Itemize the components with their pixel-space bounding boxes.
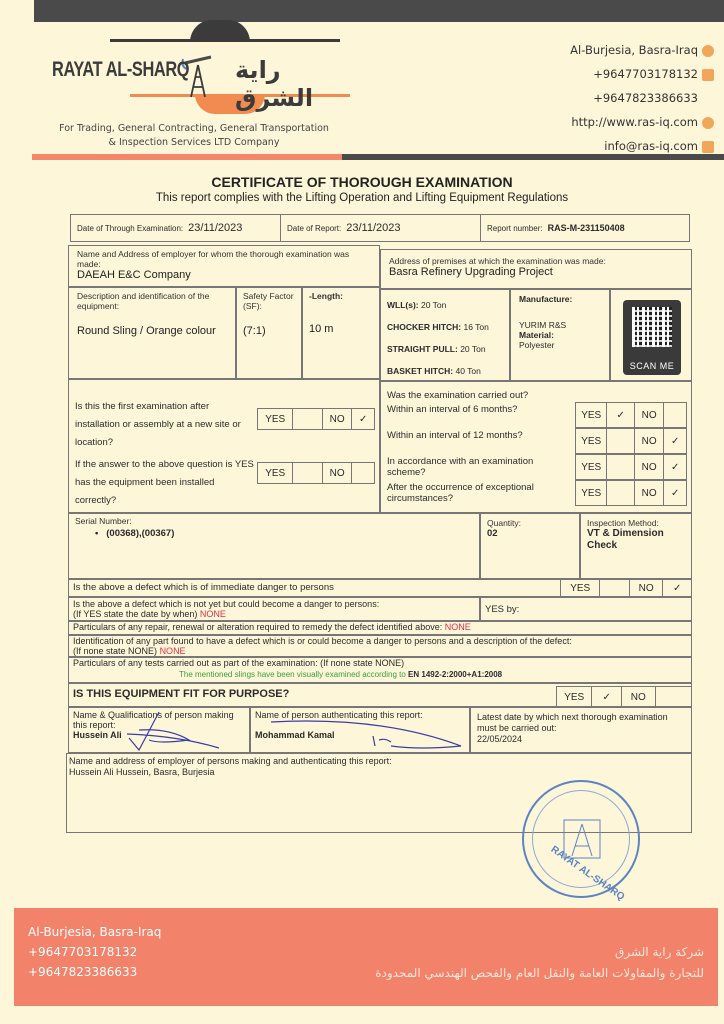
premises-value: Basra Refinery Upgrading Project	[389, 266, 683, 278]
authenticator-cell: Name of person authenticating this repor…	[250, 707, 470, 753]
immediate-no-checkbox[interactable]: ✓	[663, 580, 691, 596]
interval-no-checkbox[interactable]: ✓	[664, 481, 686, 505]
location-pin-icon	[702, 45, 714, 57]
first-exam-no-checkbox[interactable]: ✓	[352, 409, 374, 429]
qr-code-icon	[632, 307, 672, 347]
installed-no-checkbox[interactable]	[352, 463, 374, 483]
fit-yes-checkbox[interactable]: ✓	[592, 687, 622, 707]
signature-authenticator	[261, 716, 471, 752]
tagline-line-1: For Trading, General Contracting, Genera…	[34, 122, 354, 136]
interval-yes-no: YESNO✓	[575, 454, 687, 480]
exam-date-value: 23/11/2023	[188, 222, 242, 234]
interval-heading: Was the examination carried out?	[387, 390, 528, 401]
certificate-title: CERTIFICATE OF THOROUGH EXAMINATION	[0, 174, 724, 190]
gear-top-decoration	[110, 28, 340, 42]
mail-icon	[702, 141, 714, 153]
contact-phone-2: +9647823386633	[570, 88, 714, 112]
interval-yes-no: YESNO✓	[575, 480, 687, 506]
question-first-exam: Is this the first examination after inst…	[75, 398, 255, 452]
report-number-value: RAS-M-231150408	[548, 223, 625, 233]
interval-yes-no: YESNO✓	[575, 428, 687, 454]
company-name-ar: راية الشرق	[235, 56, 350, 112]
inspection-method-value: VT & Dimension Check	[587, 528, 685, 552]
employer-cell: Name and Address of employer for whom th…	[68, 245, 380, 287]
interval-question: After the occurrence of exceptional circ…	[387, 482, 567, 504]
employer-of-persons-value: Hussein Ali Hussein, Basra, Burjesia	[69, 767, 689, 778]
tests-standard: EN 1492-2:2000+A1:2008	[408, 670, 502, 679]
interval-yes-checkbox[interactable]	[607, 455, 635, 479]
header-divider	[32, 154, 724, 160]
quantity-cell: Quantity: 02	[480, 513, 580, 579]
interval-yes-checkbox[interactable]	[607, 481, 635, 505]
immediate-danger-yes-no: YES NO ✓	[560, 579, 692, 597]
installed-yes-no: YES NO	[257, 462, 375, 484]
footer-band: Al-Burjesia, Basra-Iraq +9647703178132 +…	[14, 908, 718, 1006]
interval-no-checkbox[interactable]: ✓	[664, 429, 686, 453]
signature-maker	[119, 710, 229, 754]
material-value: Polyester	[519, 340, 601, 350]
tests-row: Particulars of any tests carried out as …	[68, 657, 692, 683]
premises-cell: Address of premises at which the examina…	[380, 249, 692, 289]
yes-by-cell: YES by:	[480, 597, 692, 621]
qr-code[interactable]: SCAN ME	[623, 300, 681, 375]
manufacture-cell: Manufacture: YURIM R&S Material: Polyest…	[510, 289, 610, 381]
report-date-cell: Date of Report:23/11/2023	[281, 215, 481, 241]
tests-note: The mentioned slings have been visually …	[179, 670, 406, 679]
globe-icon	[702, 117, 714, 129]
first-exam-yes-checkbox[interactable]	[293, 409, 323, 429]
length-cell: -Length: 10 m	[302, 287, 380, 379]
inspection-method-cell: Inspection Method: VT & Dimension Check	[580, 513, 692, 579]
interval-yes-checkbox[interactable]: ✓	[607, 403, 635, 427]
future-danger-value: NONE	[200, 609, 226, 619]
interval-question: Within an interval of 6 months?	[387, 404, 567, 415]
fit-yes-no: YES ✓ NO	[556, 686, 692, 708]
repair-value: NONE	[445, 622, 471, 632]
installation-questions: Is this the first examination after inst…	[68, 379, 380, 513]
interval-question: Within an interval of 12 months?	[387, 430, 567, 441]
equipment-description-cell: Description and identification of the eq…	[68, 287, 236, 379]
interval-question: In accordance with an examination scheme…	[387, 456, 567, 478]
wll-cell: WLL(s): 20 Ton CHOCKER HITCH: 16 Ton STR…	[380, 289, 510, 381]
report-maker-cell: Name & Qualifications of person making t…	[68, 707, 250, 753]
phone-icon	[702, 69, 714, 81]
fit-no-checkbox[interactable]	[656, 687, 691, 707]
company-tagline: For Trading, General Contracting, Genera…	[34, 122, 354, 150]
top-dark-bar	[34, 0, 724, 22]
qr-cell: SCAN ME	[610, 289, 692, 381]
next-exam-value: 22/05/2024	[477, 734, 685, 745]
fit-for-purpose-row: IS THIS EQUIPMENT FIT FOR PURPOSE? YES ✓…	[68, 683, 692, 707]
tagline-line-2: & Inspection Services LTD Company	[34, 136, 354, 150]
installed-yes-checkbox[interactable]	[293, 463, 323, 483]
footer-contacts: Al-Burjesia, Basra-Iraq +9647703178132 +…	[28, 922, 161, 982]
future-danger-row: Is the above a defect which is not yet b…	[68, 597, 480, 621]
report-date-value: 23/11/2023	[346, 222, 400, 234]
company-stamp: RAYAT AL-SHARQ	[522, 780, 640, 898]
basket-value: 40 Ton	[455, 366, 480, 376]
certificate-subtitle: This report complies with the Lifting Op…	[0, 192, 724, 204]
safety-factor-cell: Safety Factor (SF): (7:1)	[236, 287, 302, 379]
quantity-value: 02	[487, 528, 573, 539]
interval-yes-no: YES✓NO	[575, 402, 687, 428]
wll-value: 20 Ton	[421, 300, 446, 310]
contact-phone-1: +9647703178132	[570, 64, 714, 88]
serial-number-cell: Serial Number: • (00368),(00367)	[68, 513, 480, 579]
serial-number-value: (00368),(00367)	[106, 528, 174, 539]
interval-no-checkbox[interactable]: ✓	[664, 455, 686, 479]
question-installed-correctly: If the answer to the above question is Y…	[75, 456, 255, 510]
interval-no-checkbox[interactable]	[664, 403, 686, 427]
company-logo: RAYAT AL-SHARQ راية الشرق	[50, 28, 350, 123]
immediate-yes-checkbox[interactable]	[600, 580, 630, 596]
company-name-en: RAYAT AL-SHARQ	[52, 58, 189, 82]
report-number-cell: Report number:RAS-M-231150408	[481, 215, 689, 241]
interval-yes-checkbox[interactable]	[607, 429, 635, 453]
safety-factor-value: (7:1)	[243, 325, 295, 337]
next-exam-cell: Latest date by which next thorough exami…	[470, 707, 692, 753]
identification-value: NONE	[160, 646, 186, 656]
examination-interval-questions: Was the examination carried out? Within …	[380, 381, 692, 513]
scan-me-label: SCAN ME	[623, 361, 681, 371]
choker-value: 16 Ton	[464, 322, 489, 332]
first-exam-yes-no: YES NO ✓	[257, 408, 375, 430]
manufacture-value: YURIM R&S	[519, 320, 601, 330]
contact-website[interactable]: http://www.ras-iq.com	[570, 112, 714, 136]
contact-block: Al-Burjesia, Basra-Iraq +9647703178132 +…	[570, 40, 714, 160]
date-bar: Date of Through Examination:23/11/2023 D…	[70, 214, 690, 242]
footer-arabic-name: شركة راية الشرق للتجارة والمقاولات العام…	[375, 942, 704, 984]
straight-value: 20 Ton	[460, 344, 485, 354]
employer-value: DAEAH E&C Company	[77, 269, 371, 281]
length-value: 10 m	[309, 323, 373, 335]
exam-date-cell: Date of Through Examination:23/11/2023	[71, 215, 281, 241]
repair-row: Particulars of any repair, renewal or al…	[68, 621, 692, 635]
identification-row: Identification of any part found to have…	[68, 635, 692, 657]
equipment-description-value: Round Sling / Orange colour	[77, 325, 227, 337]
contact-address: Al-Burjesia, Basra-Iraq	[570, 40, 714, 64]
immediate-danger-row: Is the above a defect which is of immedi…	[68, 579, 692, 597]
